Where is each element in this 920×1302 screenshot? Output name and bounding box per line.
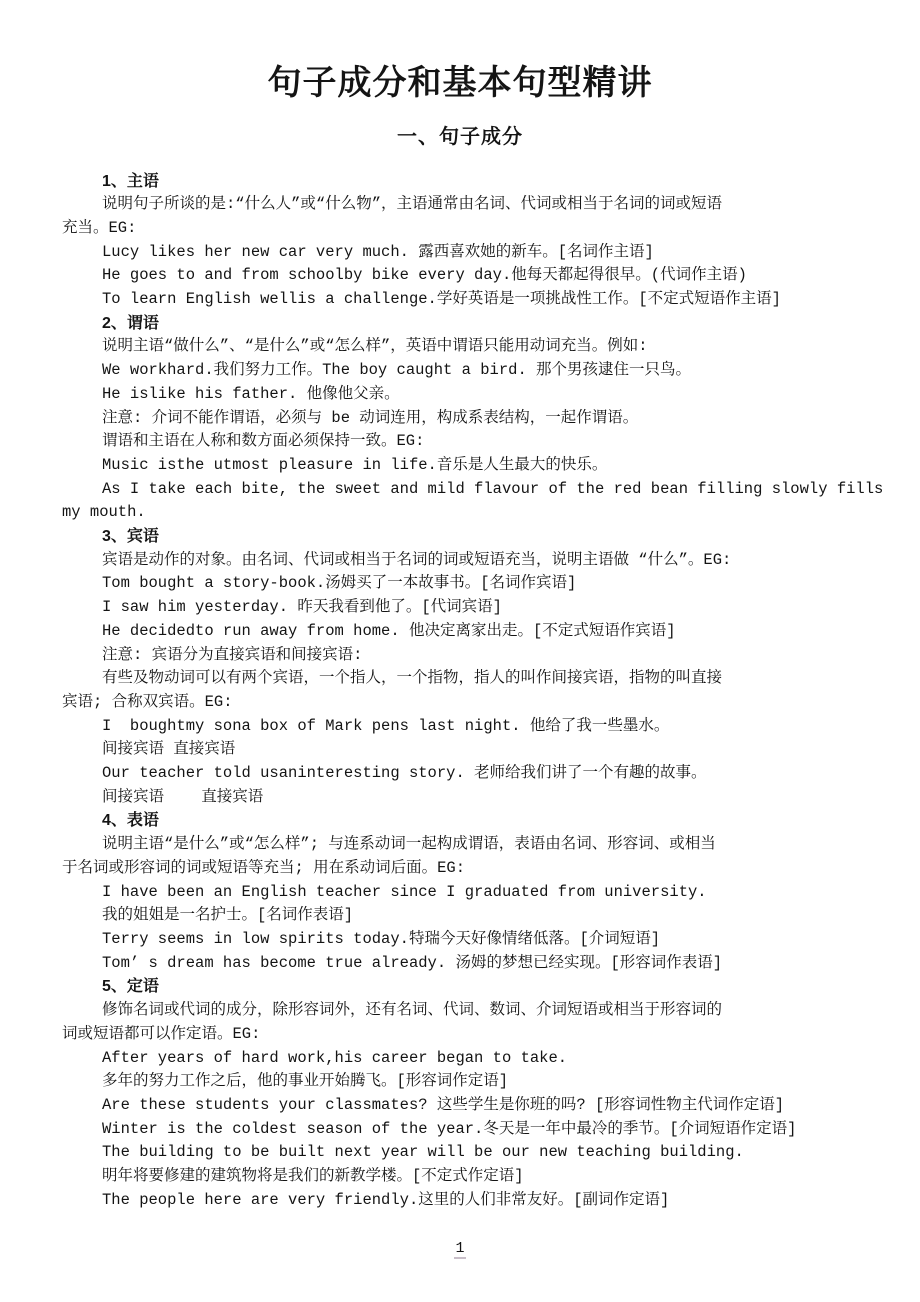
example-line: Tom’ s dream has become true already. 汤姆…: [62, 952, 896, 976]
paragraph: 修饰名词或代词的成分，除形容词外，还有名词、代词、数词、介词短语或相当于形容词的…: [62, 999, 896, 1046]
example-line: 多年的努力工作之后，他的事业开始腾飞。[形容词作定语]: [62, 1070, 896, 1094]
example-line: 我的姐姐是一名护士。[名词作表语]: [62, 904, 896, 928]
document-page: 句子成分和基本句型精讲 一、句子成分 1、主语 说明句子所谈的是:“什么人”或“…: [0, 0, 920, 1302]
example-line: To learn English wellis a challenge.学好英语…: [62, 288, 896, 312]
example-line: He decidedto run away from home. 他决定离家出走…: [62, 620, 896, 644]
example-line: Lucy likes her new car very much. 露西喜欢她的…: [62, 241, 896, 265]
paragraph: 有些及物动词可以有两个宾语，一个指人，一个指物，指人的叫作间接宾语，指物的叫直接…: [62, 667, 896, 714]
heading-predicate: 2、谓语: [62, 312, 896, 336]
note-line: 注意: 宾语分为直接宾语和间接宾语:: [62, 644, 896, 668]
example-line: He islike his father. 他像他父亲。: [62, 383, 896, 407]
paragraph: 说明主语“是什么”或“怎么样”; 与连系动词一起构成谓语，表语由名词、形容词、或…: [62, 833, 896, 880]
paragraph: 说明主语“做什么”、“是什么”或“怎么样”，英语中谓语只能用动词充当。例如:: [62, 335, 896, 359]
example-line: Tom bought a story-book.汤姆买了一本故事书。[名词作宾语…: [62, 572, 896, 596]
example-line: Our teacher told usaninteresting story. …: [62, 762, 896, 786]
paragraph: 说明句子所谈的是:“什么人”或“什么物”，主语通常由名词、代词或相当于名词的词或…: [62, 193, 896, 240]
example-line: Are these students your classmates? 这些学生…: [62, 1094, 896, 1118]
example-line: After years of hard work,his career bega…: [62, 1047, 896, 1071]
annotation-line: 间接宾语 直接宾语: [62, 786, 896, 810]
section-title: 一、句子成分: [0, 120, 920, 149]
example-line: We workhard.我们努力工作。The boy caught a bird…: [62, 359, 896, 383]
paragraph: 谓语和主语在人称和数方面必须保持一致。EG:: [62, 430, 896, 454]
heading-predicative: 4、表语: [62, 809, 896, 833]
heading-object: 3、宾语: [62, 525, 896, 549]
document-body: 1、主语 说明句子所谈的是:“什么人”或“什么物”，主语通常由名词、代词或相当于…: [62, 170, 896, 1213]
example-line: The people here are very friendly.这里的人们非…: [62, 1189, 896, 1213]
heading-subject: 1、主语: [62, 170, 896, 194]
example-line: I have been an English teacher since I g…: [62, 881, 896, 905]
example-line: The building to be built next year will …: [62, 1141, 896, 1165]
example-line: Winter is the coldest season of the year…: [62, 1118, 896, 1142]
example-line: I saw him yesterday. 昨天我看到他了。[代词宾语]: [62, 596, 896, 620]
example-line: I boughtmy sona box of Mark pens last ni…: [62, 715, 896, 739]
page-number-value: 1: [454, 1240, 465, 1259]
page-number: 1: [0, 1240, 920, 1257]
note-line: 注意: 介词不能作谓语，必须与 be 动词连用，构成系表结构，一起作谓语。: [62, 407, 896, 431]
heading-attributive: 5、定语: [62, 975, 896, 999]
example-line: 明年将要修建的建筑物将是我们的新教学楼。[不定式作定语]: [62, 1165, 896, 1189]
example-line: He goes to and from schoolby bike every …: [62, 264, 896, 288]
annotation-line: 间接宾语 直接宾语: [62, 738, 896, 762]
paragraph: 宾语是动作的对象。由名词、代词或相当于名词的词或短语充当，说明主语做 “什么”。…: [62, 549, 896, 573]
example-line: Music isthe utmost pleasure in life.音乐是人…: [62, 454, 896, 478]
document-title: 句子成分和基本句型精讲: [0, 0, 920, 105]
example-line: Terry seems in low spirits today.特瑞今天好像情…: [62, 928, 896, 952]
example-line: As I take each bite, the sweet and mild …: [62, 478, 896, 525]
